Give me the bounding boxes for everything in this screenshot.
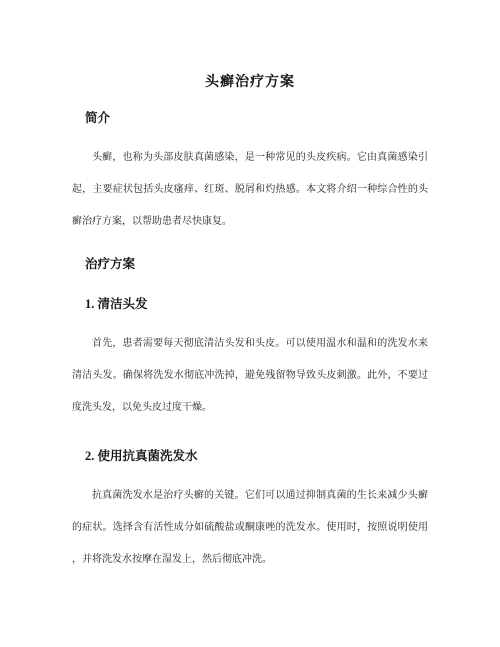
antifungal-shampoo-paragraph: 抗真菌洗发水是治疗头癣的关键。它们可以通过抑制真菌的生长来减少头癣的症状。选择含… [72,480,428,576]
subsection-heading-antifungal-shampoo: 2. 使用抗真菌洗发水 [85,448,428,464]
section-heading-treatment-plan: 治疗方案 [85,256,428,272]
section-heading-intro: 简介 [85,110,428,126]
subsection-heading-clean-hair: 1. 清洁头发 [85,296,428,312]
document-title: 头癣治疗方案 [72,74,428,92]
intro-paragraph: 头癣，也称为头部皮肤真菌感染，是一种常见的头皮疾病。它由真菌感染引起，主要症状包… [72,142,428,238]
clean-hair-paragraph: 首先，患者需要每天彻底清洁头发和头皮。可以使用温水和温和的洗发水来清洁头发。确保… [72,328,428,424]
document-page: 头癣治疗方案 简介 头癣，也称为头部皮肤真菌感染，是一种常见的头皮疾病。它由真菌… [0,0,500,647]
